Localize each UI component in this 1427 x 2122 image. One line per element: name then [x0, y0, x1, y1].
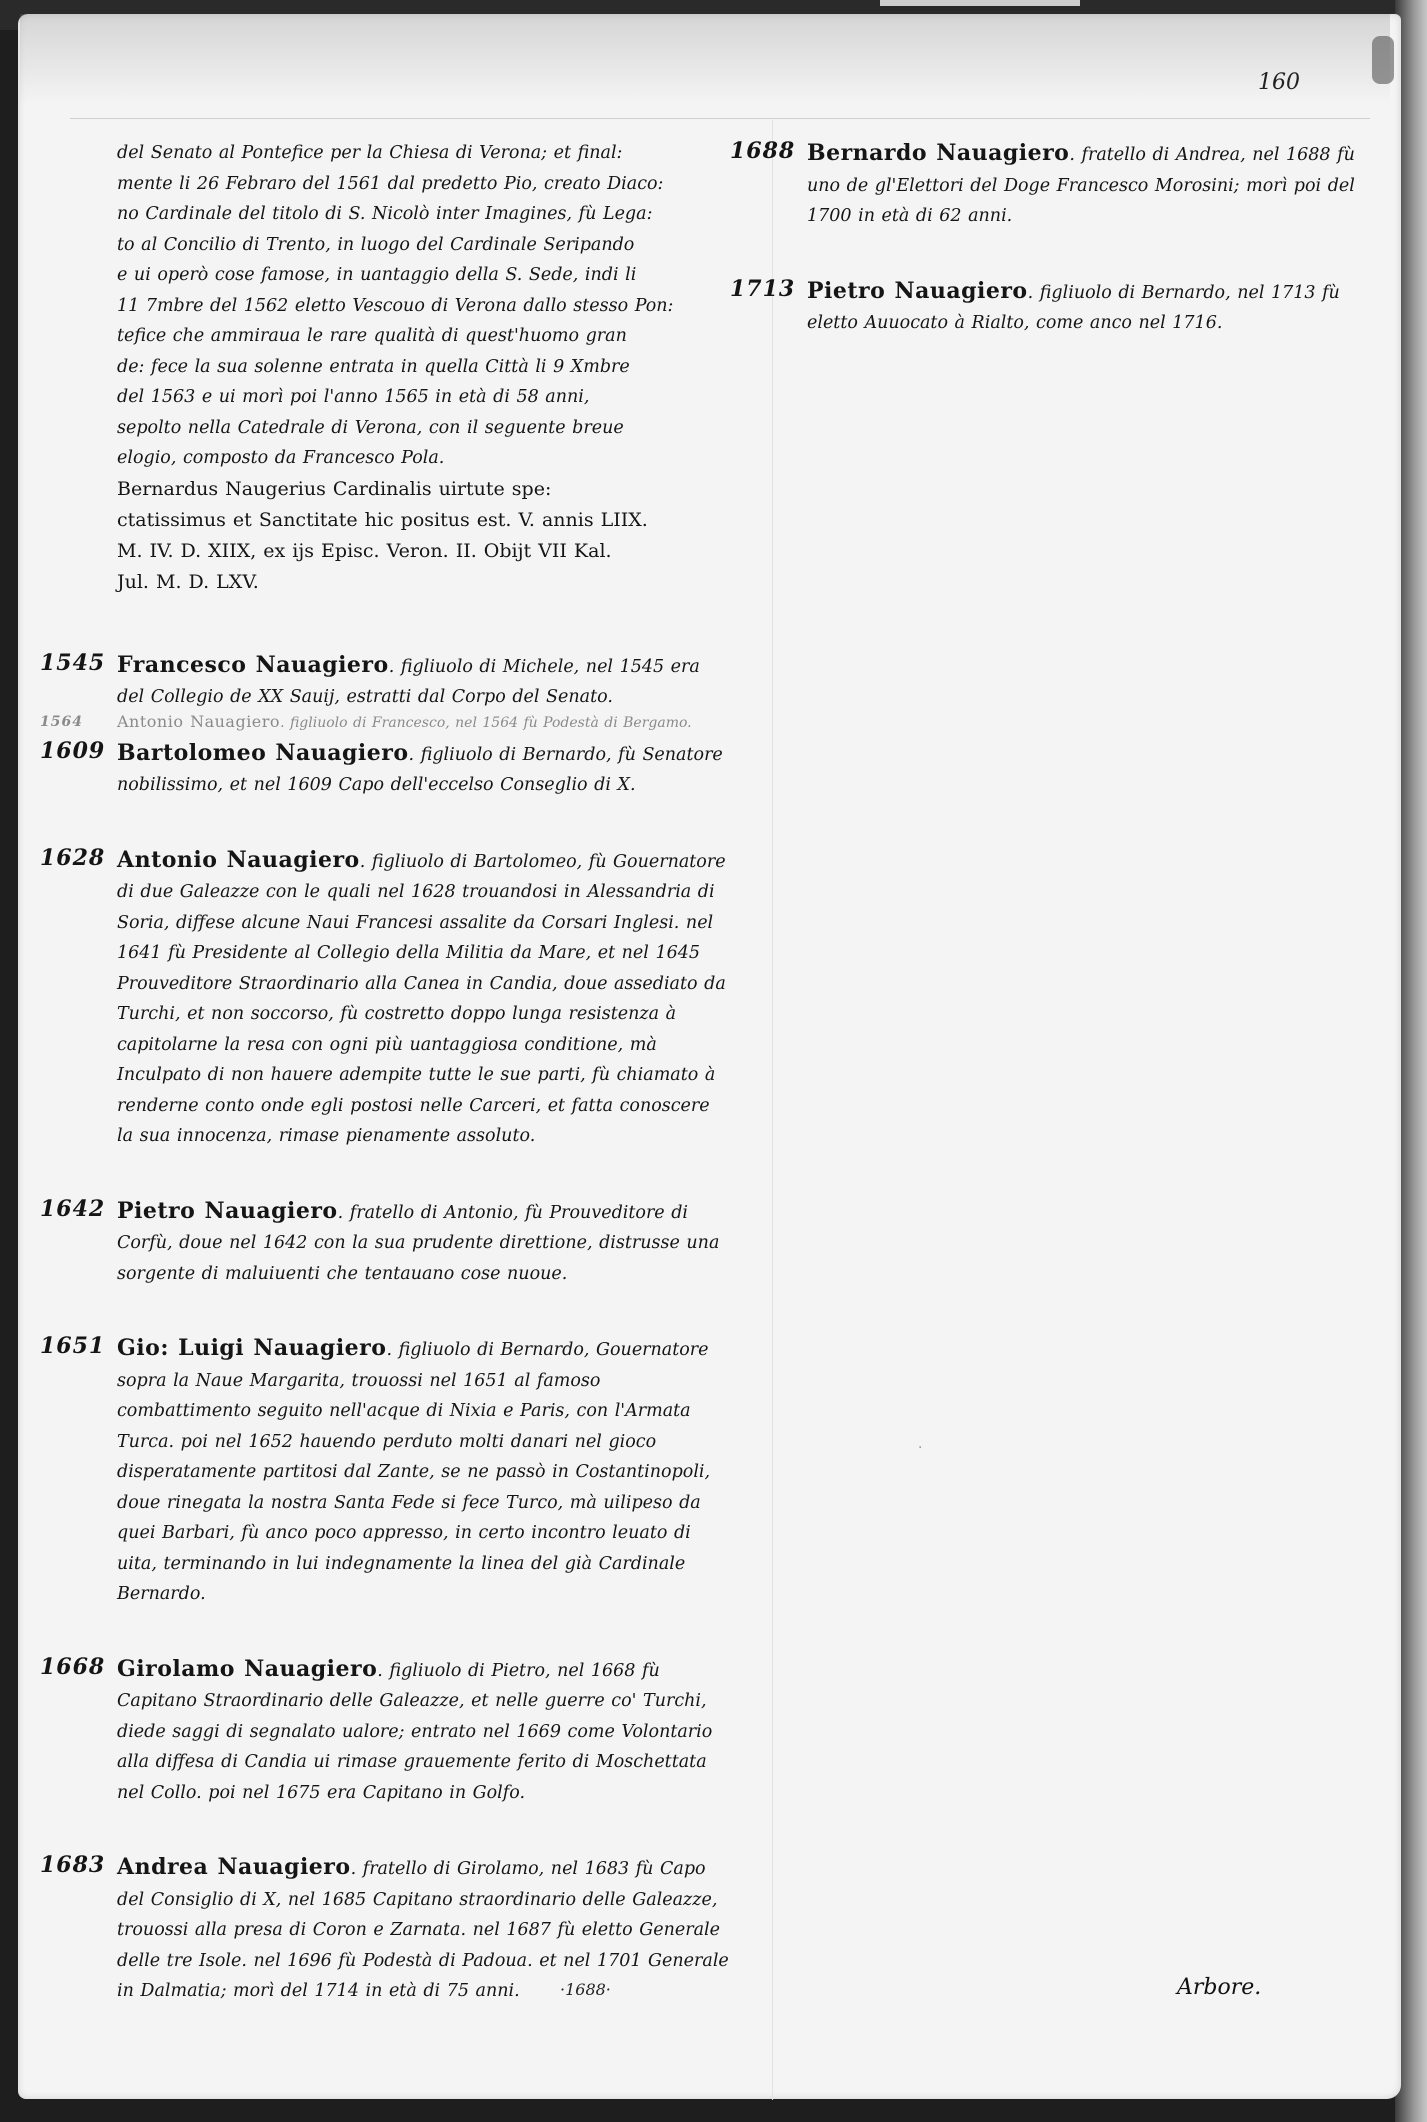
top-ruling-line: [70, 118, 1370, 119]
entry-1545: 1545 Francesco Nauagiero. figliuolo di M…: [40, 650, 730, 713]
entry-1628: 1628 Antonio Nauagiero. figliuolo di Bar…: [40, 845, 730, 1152]
entry-year: 1545: [40, 650, 115, 676]
entry-1683: 1683 Andrea Nauagiero. fratello di Girol…: [40, 1852, 730, 2007]
entry-year: 1688: [730, 138, 805, 164]
entry-name: Gio: Luigi Nauagiero: [117, 1335, 386, 1361]
entry-1688: 1688 Bernardo Nauagiero. fratello di And…: [730, 138, 1370, 232]
entry-text: figliuolo di Bernardo, Gouernatore sopra…: [117, 1340, 710, 1604]
right-column: 1688 Bernardo Nauagiero. fratello di And…: [730, 138, 1370, 339]
epitaph-line: M. IV. D. XIIX, ex ijs Episc. Veron. II.…: [117, 536, 730, 567]
entry-name: Pietro Nauagiero: [117, 1198, 338, 1224]
ink-speck: ·: [918, 1440, 922, 1456]
text-line: del 1563 e ui morì poi l'anno 1565 in et…: [117, 382, 730, 413]
entry-1609: 1609 Bartolomeo Nauagiero. figliuolo di …: [40, 738, 730, 801]
entry-name: Antonio Nauagiero: [117, 712, 280, 731]
page-top-wear: [20, 14, 1390, 104]
entry-1651: 1651 Gio: Luigi Nauagiero. figliuolo di …: [40, 1333, 730, 1610]
text-line: del Senato al Pontefice per la Chiesa di…: [117, 138, 730, 169]
entry-year: 1564: [40, 713, 115, 731]
text-line: de: fece la sua solenne entrata in quell…: [117, 352, 730, 383]
entry-name: Pietro Nauagiero: [807, 278, 1028, 304]
entry-1668: 1668 Girolamo Nauagiero. figliuolo di Pi…: [40, 1654, 730, 1809]
entry-name: Francesco Nauagiero: [117, 652, 389, 678]
entry-text: fratello di Girolamo, nel 1683 fù Capo d…: [117, 1859, 729, 2001]
entry-year: 1642: [40, 1196, 115, 1222]
entry-year: 1683: [40, 1852, 115, 1878]
text-line: 11 7mbre del 1562 eletto Vescouo di Vero…: [117, 291, 730, 322]
entry-year: 1628: [40, 845, 115, 871]
epitaph-line: Jul. M. D. LXV.: [117, 567, 730, 598]
text-line: tefice che ammiraua le rare qualità di q…: [117, 321, 730, 352]
text-line: elogio, composto da Francesco Pola.: [117, 443, 730, 474]
entry-text: figliuolo di Francesco, nel 1564 fù Pode…: [290, 715, 692, 731]
entry-name: Antonio Nauagiero: [117, 847, 360, 873]
corner-stain: [1372, 36, 1394, 84]
scan-light-strip: [880, 0, 1080, 6]
entry-text: figliuolo di Bartolomeo, fù Gouernatore …: [117, 852, 726, 1147]
entry-1642: 1642 Pietro Nauagiero. fratello di Anton…: [40, 1196, 730, 1290]
text-line: e ui operò cose famose, in uantaggio del…: [117, 260, 730, 291]
entry-name: Bartolomeo Nauagiero: [117, 740, 409, 766]
entry-name: Girolamo Nauagiero: [117, 1656, 377, 1682]
text-line: mente li 26 Febraro del 1561 dal predett…: [117, 169, 730, 200]
epitaph: Bernardus Naugerius Cardinalis uirtute s…: [117, 474, 730, 598]
text-line: to al Concilio di Trento, in luogo del C…: [117, 230, 730, 261]
left-column: del Senato al Pontefice per la Chiesa di…: [40, 138, 730, 2007]
entry-year: 1651: [40, 1333, 115, 1359]
entry-name: Bernardo Nauagiero: [807, 140, 1069, 166]
catchword: ·1688·: [560, 1980, 611, 1999]
entry-name: Andrea Nauagiero: [117, 1854, 351, 1880]
continuation-text: del Senato al Pontefice per la Chiesa di…: [117, 138, 730, 598]
entry-year: 1713: [730, 276, 805, 302]
text-line: sepolto nella Catedrale di Verona, con i…: [117, 413, 730, 444]
entry-1713: 1713 Pietro Nauagiero. figliuolo di Bern…: [730, 276, 1370, 339]
entry-year: 1668: [40, 1654, 115, 1680]
epitaph-line: ctatissimus et Sanctitate hic positus es…: [117, 505, 730, 536]
text-line: no Cardinale del titolo di S. Nicolò int…: [117, 199, 730, 230]
entry-1564-faded: 1564 Antonio Nauagiero. figliuolo di Fra…: [40, 713, 730, 732]
entry-year: 1609: [40, 738, 115, 764]
folio-number: 160: [1258, 70, 1300, 95]
continuation-entry: del Senato al Pontefice per la Chiesa di…: [40, 138, 730, 598]
epitaph-line: Bernardus Naugerius Cardinalis uirtute s…: [117, 474, 730, 505]
footer-note-arbore: Arbore.: [1177, 1975, 1261, 2000]
right-column-margin-rule: [772, 120, 773, 2100]
